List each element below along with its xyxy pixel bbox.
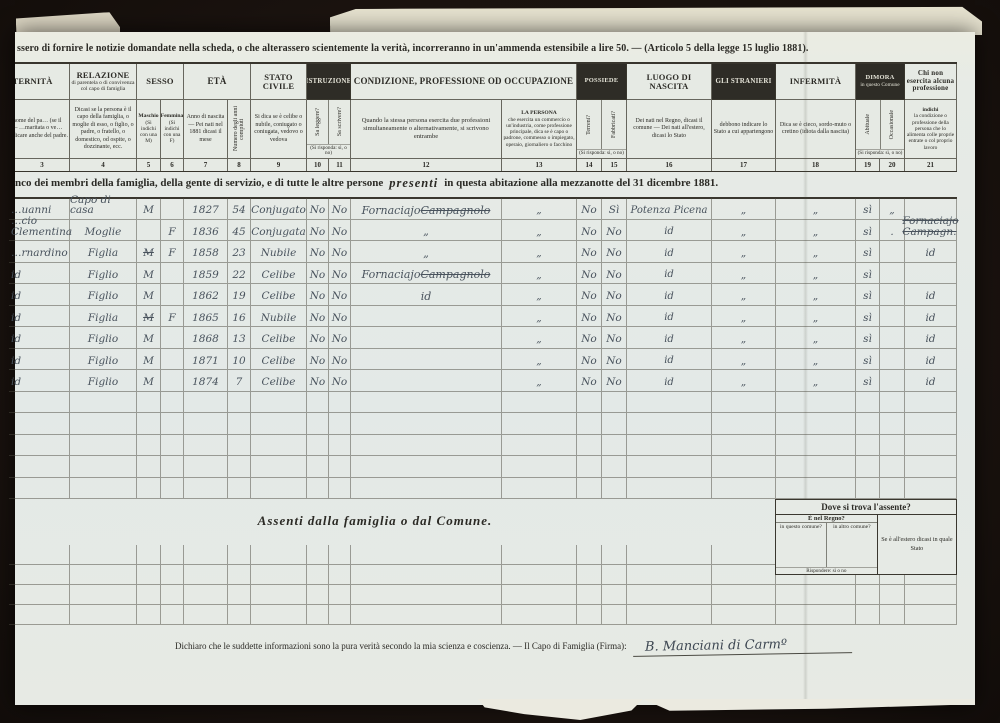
cell-la-persona	[502, 605, 577, 625]
cell-professione	[351, 585, 502, 605]
cell-anni-compiuti: 13	[228, 327, 251, 349]
declaration-text: Dichiaro che le suddette informazioni so…	[175, 641, 627, 651]
cell-luogo-nascita: id	[627, 327, 712, 349]
absent-estero: Se è all'estero dicasi in quale Stato	[878, 515, 956, 574]
cell-femmina	[161, 327, 184, 349]
cell-stranieri: „	[712, 349, 776, 371]
cell-fabbricati: No	[602, 370, 627, 392]
cell-relazione: Figlio	[70, 349, 137, 371]
cell-stranieri	[712, 413, 776, 435]
penalty-note: ssero di fornire le notizie domandate ne…	[17, 43, 827, 54]
cell-femmina: F	[161, 220, 184, 242]
cell-la-persona	[502, 435, 577, 457]
cell-maschio	[137, 413, 161, 435]
cell-dimora-abituale: sì	[856, 327, 880, 349]
cell-sa-leggere: No	[307, 284, 329, 306]
cell-stato-civile	[251, 413, 307, 435]
cell-luogo-nascita	[627, 478, 712, 500]
desc-femmina: Femmina(Si indichi con una F)	[161, 100, 184, 158]
cell-paternita: id	[9, 370, 70, 392]
desc-possiede: Terreni?Fabbricati? (Si risponda: sì, o …	[577, 100, 627, 158]
cell-chi-alimenta: Fornaciajo Campagn.	[905, 220, 957, 242]
cell-dimora-abituale: sì	[856, 263, 880, 285]
cell-sa-leggere	[307, 456, 329, 478]
table-body: …uanniCapo di casaM182754ConjugatoNoNoFo…	[15, 198, 957, 499]
header-infermita: INFERMITÀ	[776, 64, 856, 100]
cell-infermita: „	[776, 241, 856, 263]
cell-sa-leggere	[307, 545, 329, 565]
cell-dimora-abituale: sì	[856, 284, 880, 306]
cell-stato-civile: Celibe	[251, 370, 307, 392]
header-chi-non-esercita: Chi non esercita alcuna professione	[905, 64, 957, 100]
torn-paper-bottom-right	[643, 699, 975, 712]
table-header: PATERNITÀ RELAZIONEdi parentela o di con…	[15, 62, 957, 172]
cell-la-persona: „	[502, 241, 577, 263]
cell-maschio	[137, 392, 161, 414]
cell-infermita	[776, 478, 856, 500]
cell-dimora-abituale: sì	[856, 306, 880, 328]
cell-anni-compiuti: 7	[228, 370, 251, 392]
cell-professione: Fornaciajo Campagnolo	[351, 263, 502, 285]
cell-dimora-occasionale	[880, 413, 905, 435]
desc-dimora: AbitualeOccasionale (Si risponda: sì, o …	[856, 100, 905, 158]
cell-femmina	[161, 456, 184, 478]
cell-fabbricati	[602, 392, 627, 414]
cell-terreni: No	[577, 306, 602, 328]
header-dimora: DIMORAin questo Comune	[856, 64, 905, 100]
cell-relazione	[70, 565, 137, 585]
cell-infermita: „	[776, 327, 856, 349]
cell-anno-nascita: 1868	[184, 327, 228, 349]
cell-dimora-occasionale	[880, 327, 905, 349]
cell-professione	[351, 456, 502, 478]
cell-stranieri	[712, 456, 776, 478]
cell-sa-leggere	[307, 478, 329, 500]
cell-paternita: …cio Clementina	[9, 220, 70, 242]
cell-sa-leggere: No	[307, 370, 329, 392]
cell-paternita	[9, 413, 70, 435]
absent-box-title: Dove si trova l'assente?	[776, 500, 956, 515]
cell-chi-alimenta	[905, 413, 957, 435]
desc-chi-non-esercita: indichila condizione o professione della…	[905, 100, 957, 158]
cell-sa-scrivere: No	[329, 284, 351, 306]
desc-istruzione: Sa leggere?Sa scrivere? (Si risponda: sì…	[307, 100, 351, 158]
header-sesso: SESSO	[137, 64, 184, 100]
cell-sa-scrivere: No	[329, 327, 351, 349]
cell-dimora-abituale	[856, 435, 880, 457]
cell-fabbricati	[602, 565, 627, 585]
cell-professione	[351, 545, 502, 565]
cell-fabbricati	[602, 585, 627, 605]
cell-femmina: F	[161, 306, 184, 328]
cell-relazione	[70, 478, 137, 500]
cell-stato-civile	[251, 565, 307, 585]
cell-sa-leggere	[307, 392, 329, 414]
cell-infermita: „	[776, 220, 856, 242]
cell-dimora-occasionale	[880, 392, 905, 414]
cell-professione	[351, 349, 502, 371]
header-stranieri: GLI STRANIERI	[712, 64, 776, 100]
cell-maschio: M	[137, 284, 161, 306]
cell-anno-nascita	[184, 478, 228, 500]
cell-terreni	[577, 456, 602, 478]
cell-sa-leggere: No	[307, 263, 329, 285]
cell-maschio	[137, 585, 161, 605]
cell-fabbricati	[602, 545, 627, 565]
declaration: Dichiaro che le suddette informazioni so…	[175, 638, 935, 655]
cell-maschio	[137, 605, 161, 625]
cell-luogo-nascita: id	[627, 349, 712, 371]
cell-stato-civile: Celibe	[251, 349, 307, 371]
cell-relazione	[70, 545, 137, 565]
cell-sa-scrivere	[329, 392, 351, 414]
cell-relazione: Figlio	[70, 284, 137, 306]
cell-fabbricati: No	[602, 327, 627, 349]
cell-maschio: M	[137, 349, 161, 371]
cell-anno-nascita	[184, 456, 228, 478]
cell-anno-nascita	[184, 605, 228, 625]
desc-la-persona: LA PERSONAche esercita un commercio o un…	[502, 100, 577, 158]
cell-fabbricati: No	[602, 284, 627, 306]
cell-relazione	[70, 392, 137, 414]
cell-terreni: No	[577, 284, 602, 306]
cell-fabbricati	[602, 435, 627, 457]
cell-stranieri	[712, 565, 776, 585]
cell-luogo-nascita	[627, 545, 712, 565]
absent-altro-comune: in altro comune?	[827, 523, 877, 567]
cell-infermita	[776, 456, 856, 478]
cell-la-persona: „	[502, 198, 577, 220]
header-relazione: RELAZIONEdi parentela o di convivenza co…	[70, 64, 137, 100]
cell-maschio: M	[137, 370, 161, 392]
signature: B. Manciani di Carmº	[633, 636, 852, 657]
cell-maschio	[137, 456, 161, 478]
cell-dimora-occasionale	[880, 370, 905, 392]
cell-stato-civile: Nubile	[251, 241, 307, 263]
cell-sa-scrivere	[329, 435, 351, 457]
cell-relazione: Figlia	[70, 241, 137, 263]
header-istruzione: ISTRUZIONE	[307, 64, 351, 100]
cell-luogo-nascita	[627, 585, 712, 605]
cell-la-persona: „	[502, 327, 577, 349]
cell-dimora-abituale	[856, 456, 880, 478]
cell-dimora-abituale: sì	[856, 220, 880, 242]
cell-maschio: M	[137, 241, 161, 263]
cell-dimora-occasionale	[880, 284, 905, 306]
desc-stranieri: debbono indicare lo Stato a cui apparten…	[712, 100, 776, 158]
cell-paternita: id	[9, 306, 70, 328]
cell-femmina	[161, 370, 184, 392]
cell-femmina	[161, 565, 184, 585]
header-stato-civile: STATO CIVILE	[251, 64, 307, 100]
cell-dimora-occasionale	[880, 306, 905, 328]
cell-relazione	[70, 435, 137, 457]
cell-chi-alimenta: id	[905, 284, 957, 306]
cell-paternita	[9, 435, 70, 457]
cell-sa-scrivere	[329, 585, 351, 605]
cell-femmina	[161, 284, 184, 306]
cell-la-persona: „	[502, 349, 577, 371]
cell-la-persona	[502, 456, 577, 478]
cell-stranieri	[712, 435, 776, 457]
cell-chi-alimenta: id	[905, 327, 957, 349]
cell-la-persona: „	[502, 284, 577, 306]
cell-maschio: M	[137, 327, 161, 349]
cell-dimora-occasionale	[880, 263, 905, 285]
cell-fabbricati: No	[602, 220, 627, 242]
cell-terreni	[577, 392, 602, 414]
cell-anni-compiuti	[228, 565, 251, 585]
cell-maschio: M	[137, 198, 161, 220]
cell-anni-compiuti	[228, 585, 251, 605]
cell-terreni	[577, 545, 602, 565]
cell-fabbricati	[602, 456, 627, 478]
band-pre: nco dei membri della famiglia, della gen…	[15, 177, 383, 189]
cell-sa-scrivere	[329, 478, 351, 500]
cell-anni-compiuti: 22	[228, 263, 251, 285]
cell-fabbricati: No	[602, 306, 627, 328]
cell-stato-civile	[251, 456, 307, 478]
cell-dimora-abituale	[856, 413, 880, 435]
cell-anni-compiuti: 19	[228, 284, 251, 306]
cell-terreni	[577, 413, 602, 435]
cell-infermita: „	[776, 349, 856, 371]
cell-dimora-occasionale	[880, 241, 905, 263]
cell-professione	[351, 478, 502, 500]
cell-paternita	[9, 478, 70, 500]
cell-sa-scrivere	[329, 565, 351, 585]
cell-chi-alimenta: id	[905, 349, 957, 371]
cell-stranieri: „	[712, 284, 776, 306]
cell-relazione	[70, 413, 137, 435]
cell-stranieri	[712, 478, 776, 500]
cell-la-persona: „	[502, 370, 577, 392]
cell-stranieri: „	[712, 327, 776, 349]
cell-luogo-nascita	[627, 565, 712, 585]
cell-anno-nascita	[184, 585, 228, 605]
cell-professione: Fornaciajo Campagnolo	[351, 198, 502, 220]
cell-anni-compiuti: 16	[228, 306, 251, 328]
cell-dimora-abituale	[856, 392, 880, 414]
cell-stato-civile	[251, 585, 307, 605]
cell-luogo-nascita	[627, 392, 712, 414]
cell-infermita	[776, 435, 856, 457]
cell-chi-alimenta: id	[905, 370, 957, 392]
cell-terreni: No	[577, 220, 602, 242]
cell-luogo-nascita: Potenza Picena	[627, 198, 712, 220]
cell-paternita: id	[9, 263, 70, 285]
cell-fabbricati	[602, 413, 627, 435]
desc-anni-compiuti: Numero degli anni compiuti	[228, 100, 251, 158]
cell-terreni	[577, 585, 602, 605]
cell-chi-alimenta	[905, 478, 957, 500]
cell-sa-scrivere	[329, 545, 351, 565]
cell-stato-civile: Nubile	[251, 306, 307, 328]
cell-infermita	[776, 413, 856, 435]
cell-relazione	[70, 605, 137, 625]
cell-luogo-nascita: id	[627, 241, 712, 263]
cell-dimora-occasionale	[880, 456, 905, 478]
cell-femmina	[161, 435, 184, 457]
cell-stato-civile	[251, 545, 307, 565]
cell-anni-compiuti: 10	[228, 349, 251, 371]
cell-femmina	[161, 545, 184, 565]
desc-relazione: Dicasi se la persona è il capo della fam…	[70, 100, 137, 158]
cell-sa-leggere	[307, 413, 329, 435]
cell-stranieri: „	[712, 370, 776, 392]
cell-la-persona	[502, 585, 577, 605]
cell-professione	[351, 392, 502, 414]
cell-stranieri	[712, 545, 776, 565]
cell-paternita: id	[9, 349, 70, 371]
cell-infermita: „	[776, 370, 856, 392]
cell-sa-leggere	[307, 605, 329, 625]
cell-anni-compiuti	[228, 545, 251, 565]
cell-femmina	[161, 198, 184, 220]
cell-femmina	[161, 605, 184, 625]
cell-terreni: No	[577, 198, 602, 220]
cell-sa-scrivere: No	[329, 241, 351, 263]
cell-sa-scrivere: No	[329, 349, 351, 371]
header-possiede: POSSIEDE	[577, 64, 627, 100]
cell-stato-civile: Celibe	[251, 263, 307, 285]
cell-chi-alimenta	[905, 605, 957, 625]
cell-anni-compiuti	[228, 413, 251, 435]
cell-sa-scrivere: No	[329, 370, 351, 392]
cell-dimora-abituale: sì	[856, 241, 880, 263]
cell-stato-civile	[251, 605, 307, 625]
cell-stato-civile: Celibe	[251, 284, 307, 306]
cell-infermita: „	[776, 263, 856, 285]
desc-due-professioni: Quando la stessa persona esercita due pr…	[351, 100, 502, 158]
cell-sa-leggere: No	[307, 220, 329, 242]
cell-relazione: Figlio	[70, 327, 137, 349]
cell-sa-leggere: No	[307, 306, 329, 328]
cell-anno-nascita: 1874	[184, 370, 228, 392]
cell-relazione: Figlia	[70, 306, 137, 328]
cell-professione: „	[351, 220, 502, 242]
desc-infermita: Dica se è cieco, sordo-muto o cretino (i…	[776, 100, 856, 158]
cell-dimora-abituale: sì	[856, 370, 880, 392]
cell-sa-leggere: No	[307, 198, 329, 220]
cell-stato-civile: Celibe	[251, 327, 307, 349]
cell-dimora-abituale: sì	[856, 198, 880, 220]
desc-paternita: …il nome del pa… (se il …) — …maritata o…	[15, 100, 70, 158]
cell-chi-alimenta	[905, 263, 957, 285]
cell-stranieri	[712, 605, 776, 625]
cell-paternita: id	[9, 327, 70, 349]
cell-maschio	[137, 478, 161, 500]
cell-professione: id	[351, 284, 502, 306]
cell-relazione: Figlio	[70, 370, 137, 392]
cell-la-persona	[502, 392, 577, 414]
cell-la-persona	[502, 478, 577, 500]
cell-la-persona	[502, 565, 577, 585]
cell-fabbricati: No	[602, 241, 627, 263]
cell-dimora-occasionale	[880, 435, 905, 457]
cell-sa-scrivere	[329, 413, 351, 435]
cell-anno-nascita: 1862	[184, 284, 228, 306]
cell-terreni: No	[577, 370, 602, 392]
cell-anno-nascita: 1859	[184, 263, 228, 285]
cell-maschio: M	[137, 263, 161, 285]
cell-stranieri: „	[712, 220, 776, 242]
cell-stato-civile	[251, 392, 307, 414]
cell-stato-civile: Conjugata	[251, 220, 307, 242]
cell-infermita	[776, 605, 856, 625]
cell-stato-civile	[251, 435, 307, 457]
cell-professione	[351, 327, 502, 349]
cell-professione	[351, 565, 502, 585]
cell-infermita: „	[776, 306, 856, 328]
cell-anno-nascita: 1827	[184, 198, 228, 220]
assenti-heading: Assenti dalla famiglia o dal Comune.	[135, 513, 615, 529]
cell-maschio	[137, 545, 161, 565]
cell-anni-compiuti	[228, 435, 251, 457]
header-eta: ETÀ	[184, 64, 251, 100]
cell-anni-compiuti: 45	[228, 220, 251, 242]
cell-paternita	[9, 392, 70, 414]
cell-anno-nascita: 1871	[184, 349, 228, 371]
cell-femmina	[161, 392, 184, 414]
cell-luogo-nascita: id	[627, 263, 712, 285]
cell-infermita: „	[776, 284, 856, 306]
cell-anni-compiuti	[228, 478, 251, 500]
cell-stranieri: „	[712, 263, 776, 285]
cell-femmina: F	[161, 241, 184, 263]
desc-luogo-nascita: Dei nati nel Regno, dicasi il comune — D…	[627, 100, 712, 158]
cell-femmina	[161, 585, 184, 605]
header-luogo-nascita: LUOGO DI NASCITA	[627, 64, 712, 100]
cell-anno-nascita	[184, 545, 228, 565]
cell-relazione: Moglie	[70, 220, 137, 242]
cell-la-persona	[502, 413, 577, 435]
cell-femmina	[161, 349, 184, 371]
cell-professione: „	[351, 241, 502, 263]
cell-dimora-occasionale	[880, 585, 905, 605]
cell-sa-scrivere: No	[329, 220, 351, 242]
absent-regno: È nel Regno?	[776, 515, 877, 523]
cell-sa-scrivere: No	[329, 306, 351, 328]
cell-terreni	[577, 565, 602, 585]
cell-sa-leggere	[307, 435, 329, 457]
cell-dimora-abituale: sì	[856, 349, 880, 371]
cell-sa-scrivere	[329, 605, 351, 625]
cell-sa-scrivere: No	[329, 198, 351, 220]
cell-dimora-occasionale	[880, 605, 905, 625]
cell-relazione: Figlio	[70, 263, 137, 285]
cell-luogo-nascita	[627, 413, 712, 435]
cell-terreni: No	[577, 349, 602, 371]
cell-paternita	[9, 456, 70, 478]
cell-anno-nascita: 1836	[184, 220, 228, 242]
cell-anni-compiuti	[228, 392, 251, 414]
cell-professione	[351, 605, 502, 625]
cell-maschio: M	[137, 306, 161, 328]
cell-anni-compiuti: 54	[228, 198, 251, 220]
cell-paternita	[9, 545, 70, 565]
cell-luogo-nascita	[627, 605, 712, 625]
cell-professione	[351, 370, 502, 392]
cell-infermita: „	[776, 198, 856, 220]
absent-note: Rispondere: sì o no	[776, 567, 877, 574]
cell-paternita: …rnardino	[9, 241, 70, 263]
header-paternita: PATERNITÀ	[15, 64, 70, 100]
cell-sa-leggere: No	[307, 349, 329, 371]
cell-stranieri: „	[712, 306, 776, 328]
desc-stato-civile: Si dica se è celibe o nubile, coniugato …	[251, 100, 307, 158]
cell-anno-nascita	[184, 392, 228, 414]
